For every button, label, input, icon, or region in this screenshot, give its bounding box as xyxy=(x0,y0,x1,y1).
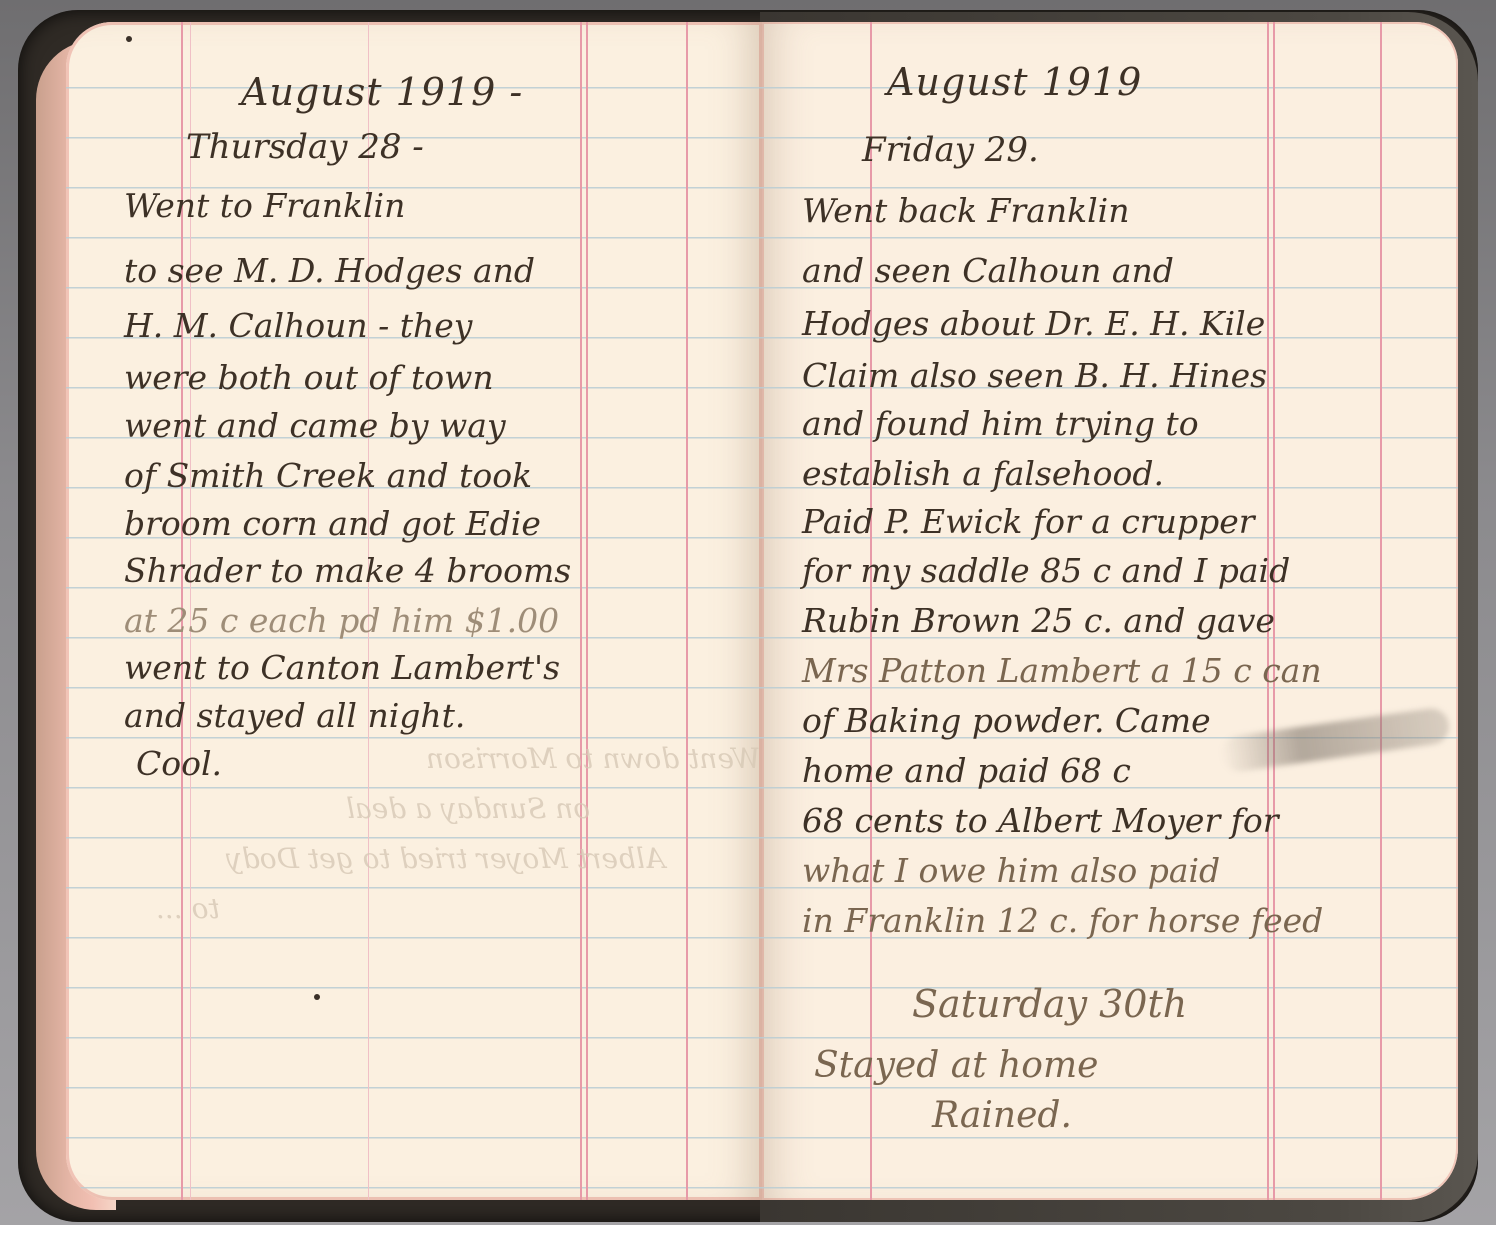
entry-line: home and paid 68 c xyxy=(802,747,1131,796)
left-page: Went down to Morrison on Sunday a deal A… xyxy=(66,22,762,1200)
entry-line: establish a falsehood. xyxy=(802,450,1164,499)
entry-line: Rubin Brown 25 c. and gave xyxy=(802,597,1275,646)
bleed-through-text: Albert Moyer tried to get Dody xyxy=(226,842,665,875)
bleed-through-text: Went down to Morrison xyxy=(426,742,760,775)
margin-line xyxy=(686,22,688,1200)
entry-line: Rained. xyxy=(932,1092,1072,1141)
entry-day-heading: Thursday 28 - xyxy=(186,127,424,167)
entry-day-heading: Saturday 30th xyxy=(912,982,1187,1026)
entry-line: Cool. xyxy=(136,740,222,789)
page-heading: August 1919 xyxy=(887,60,1142,104)
bleed-through-text: on Sunday a deal xyxy=(346,792,590,825)
entry-line: in Franklin 12 c. for horse feed xyxy=(802,897,1323,946)
entry-line: Paid P. Ewick for a crupper xyxy=(802,498,1255,547)
entry-line: of Baking powder. Came xyxy=(802,697,1211,746)
entry-line: Shrader to make 4 brooms xyxy=(124,547,571,596)
entry-line: at 25 c each pd him $1.00 xyxy=(124,597,559,646)
ink-spot xyxy=(314,994,320,1000)
entry-line: Claim also seen B. H. Hines xyxy=(802,352,1267,401)
entry-line: were both out of town xyxy=(124,354,494,403)
margin-line xyxy=(580,22,582,1200)
entry-line: broom corn and got Edie xyxy=(124,500,541,549)
entry-line: Stayed at home xyxy=(814,1042,1098,1091)
entry-day-heading: Friday 29. xyxy=(862,130,1039,170)
entry-line: what I owe him also paid xyxy=(802,847,1220,896)
entry-line: Went to Franklin xyxy=(124,182,405,231)
page-heading: August 1919 - xyxy=(241,70,523,114)
entry-line: and seen Calhoun and xyxy=(802,247,1174,296)
entry-line: Went back Franklin xyxy=(802,187,1130,236)
entry-line: 68 cents to Albert Moyer for xyxy=(802,797,1279,846)
entry-line: to see M. D. Hodges and xyxy=(124,247,535,296)
entry-line: H. M. Calhoun - they xyxy=(124,302,472,351)
entry-line: of Smith Creek and took xyxy=(124,452,532,501)
entry-line: went to Canton Lambert's xyxy=(124,644,560,693)
entry-line: for my saddle 85 c and I paid xyxy=(802,547,1290,596)
ink-spot xyxy=(126,36,132,42)
entry-line: and found him trying to xyxy=(802,400,1199,449)
entry-line: Hodges about Dr. E. H. Kile xyxy=(802,300,1265,349)
right-page: August 1919 Friday 29. Went back Frankli… xyxy=(762,22,1458,1200)
entry-line: went and came by way xyxy=(124,402,506,451)
margin-line xyxy=(1380,22,1382,1200)
entry-line: and stayed all night. xyxy=(124,692,465,741)
bleed-through-text: to ... xyxy=(156,892,220,925)
margin-line xyxy=(586,22,588,1200)
entry-line: Mrs Patton Lambert a 15 c can xyxy=(802,647,1322,696)
